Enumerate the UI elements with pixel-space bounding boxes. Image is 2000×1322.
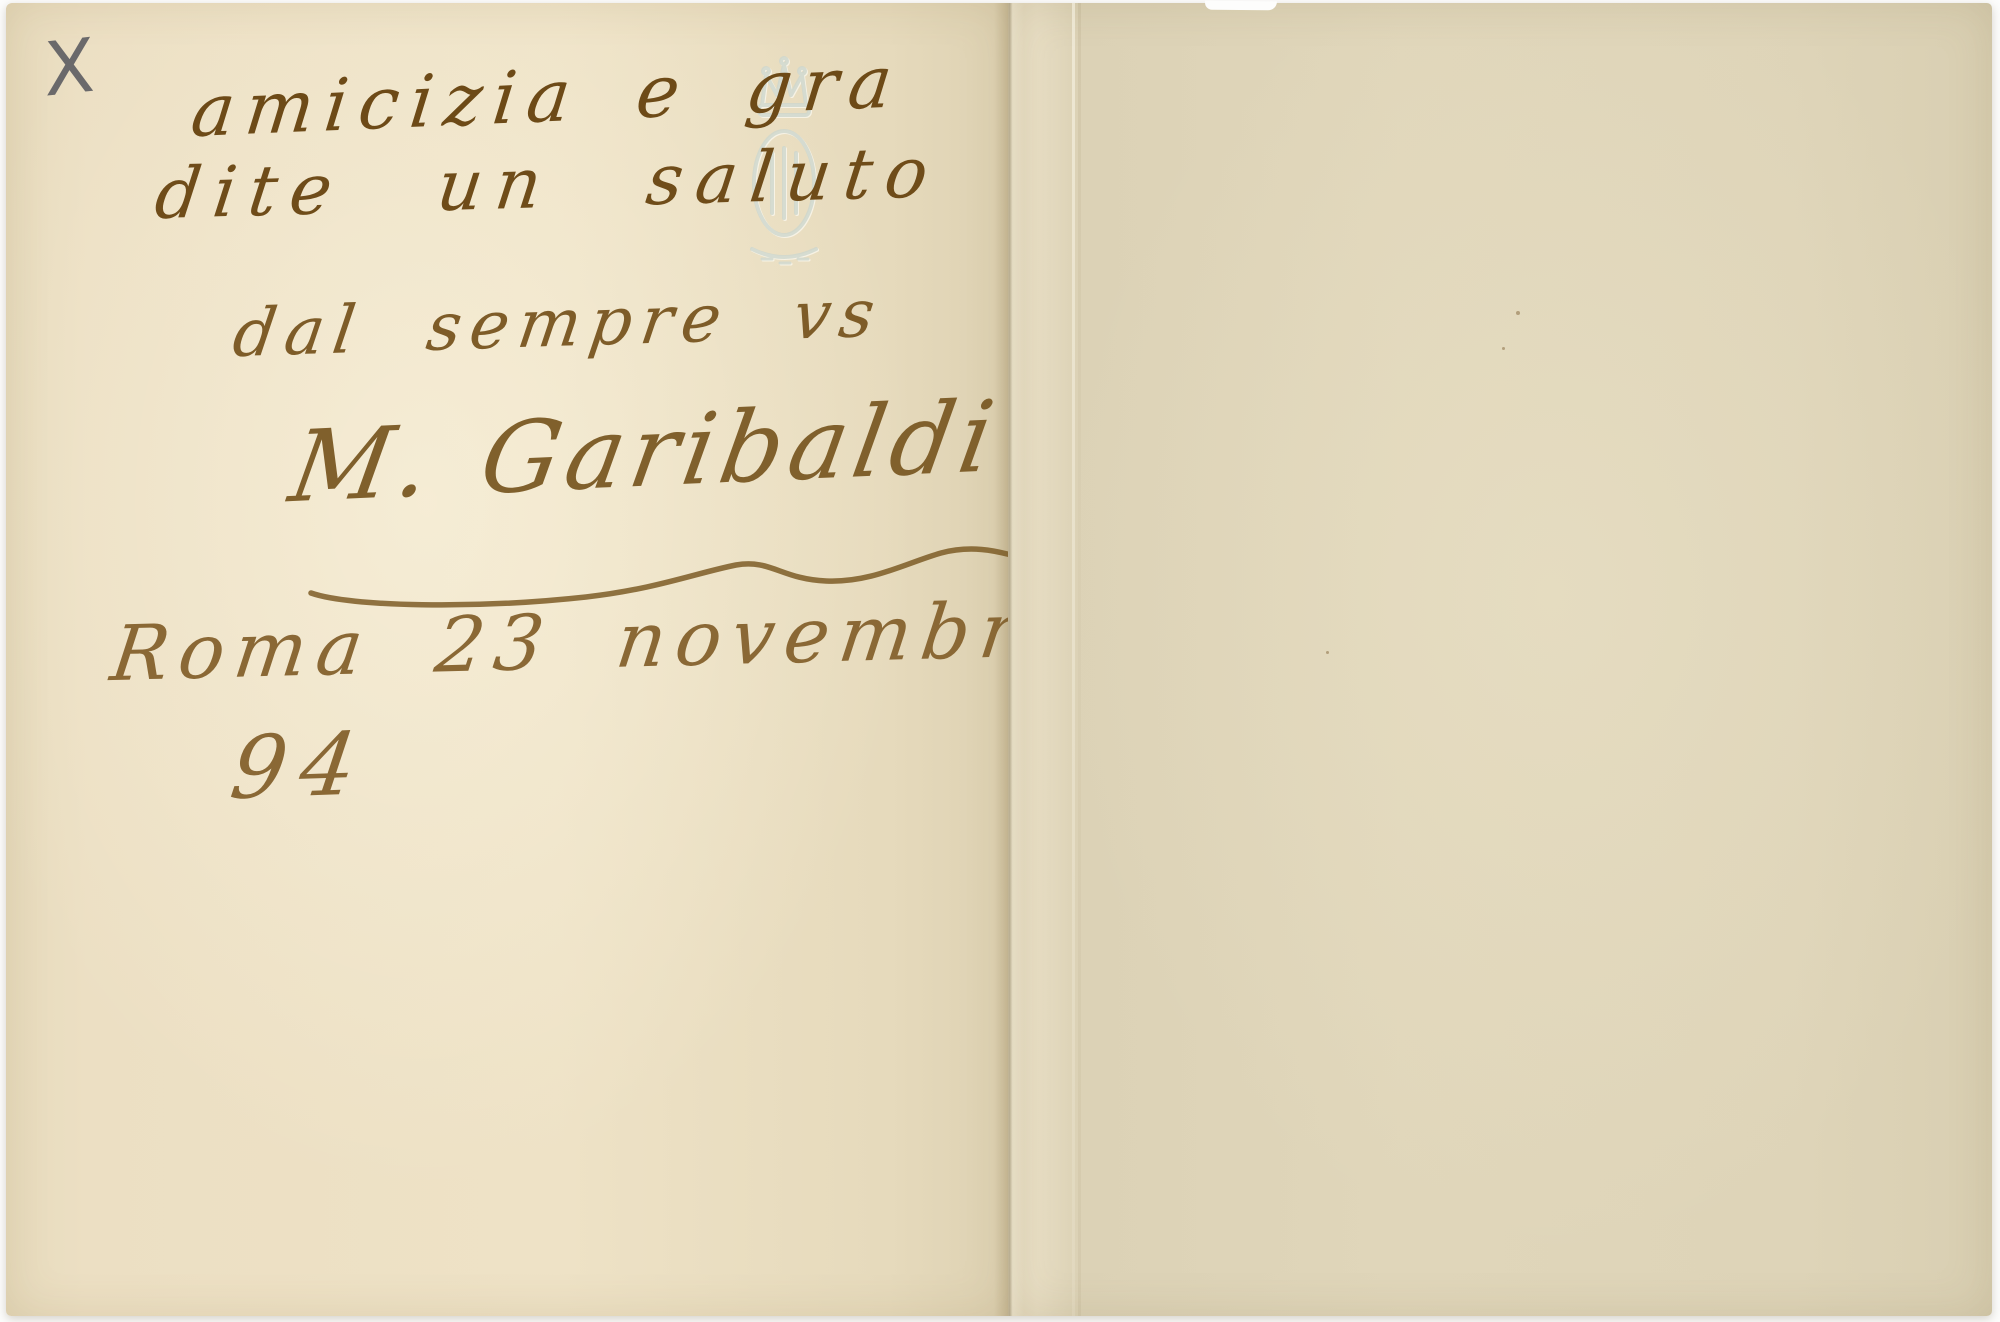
letter-page-right — [1008, 3, 1992, 1316]
letter-page-left: X amicizia e gra dite un saluto dal semp… — [6, 3, 1008, 1316]
letter-sheet: X amicizia e gra dite un saluto dal semp… — [6, 3, 1992, 1316]
paper-speck — [1516, 311, 1520, 315]
year: 94 — [225, 714, 376, 819]
vertical-crease — [1072, 3, 1075, 1316]
paper-speck — [1502, 347, 1505, 350]
letter-line-3: dal sempre vs — [228, 274, 888, 372]
dateline: Roma 23 novembre — [106, 583, 1087, 698]
signature: M. Garibaldi — [282, 380, 1007, 526]
pencil-x-mark: X — [43, 28, 96, 107]
center-fold — [994, 3, 1024, 1316]
tear-notch — [1205, 1, 1277, 11]
paper-speck — [1326, 651, 1329, 654]
vertical-crease — [1078, 3, 1081, 1316]
